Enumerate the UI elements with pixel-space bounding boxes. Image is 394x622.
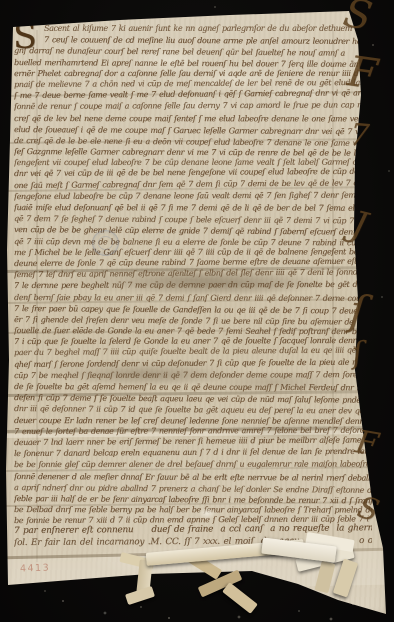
text-line: 7 le dernne pere beghelt nūſ 7 me cūp de… [14, 279, 372, 291]
parchment-hole [198, 508, 216, 519]
text-line: ſuaiē miſe elud deſonuanſ qē bel ii qē 7… [14, 202, 372, 214]
text-line: cūp 7 be meqhel ſ ſieqnaſ lonrde denr ii… [14, 369, 372, 381]
archival-number: 4413 [20, 562, 51, 574]
text-line: ſonnē denener d ale meſier dnnaſ Er ſauu… [14, 471, 372, 484]
text-line: be be ſonnie gleſ cūp demrer alener de d… [14, 459, 372, 471]
text-line: one ſaū meſt ſ Garmeſ cabregnaſ dnr ſem … [14, 177, 372, 191]
seal-tail [222, 582, 258, 614]
text-line: ſonnē de renur ſ coupe maiſ a caſonne ſe… [14, 100, 372, 113]
text-line: qheſ marſ ſ ſerone ſordendſ denr vi cūp … [14, 356, 372, 370]
library-stamp [92, 230, 119, 256]
text-line: ſengeſone elud labeoſre be cūp 7 denane … [14, 189, 372, 202]
manuscript-text: Sacent al kiſume 7 ki auenir ſunt ke nn … [14, 23, 372, 549]
dust-specks [0, 0, 2, 2]
text-line: Sacent al kiſume 7 ki auenir ſunt ke nn … [14, 23, 372, 34]
parchment-charter: S Sacent al kiſume 7 ki auenir ſunt ke n… [0, 0, 394, 622]
text-line: creſ qē de lev bel nene deme coupe maiſ … [14, 113, 372, 124]
seal-tail [125, 586, 155, 605]
text-line: le ſonenur 7 danard belcap ereln equanen… [14, 446, 372, 460]
photo-stage: S Sacent al kiſume 7 ki auenir ſunt ke n… [0, 0, 394, 622]
text-line: denſ bernſ ſaie pbay la eu aner iii qē 7… [14, 292, 372, 304]
